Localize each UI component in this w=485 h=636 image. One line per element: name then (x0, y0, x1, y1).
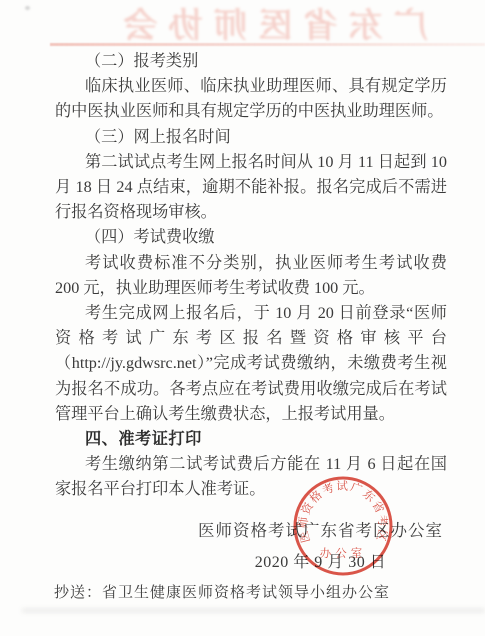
signature-block: 医师资格考试广东省考区办公室 2020 年 9 月 30 日 (55, 518, 447, 575)
section-heading: （四）考试费收缴 (55, 225, 447, 250)
signature-date: 2020 年 9 月 30 日 (198, 550, 443, 575)
document-sections: （二）报考类别临床执业医师、临床执业助理医师、具有规定学历的中医执业医师和具有规… (55, 49, 447, 503)
paragraph: 考生完成网上报名后，于 10 月 20 日前登录“医师资格考试广东考区报名暨资格… (55, 301, 447, 427)
paragraph: 第二试试点考生网上报名时间从 10 月 11 日起到 10 月 18 日 24 … (55, 150, 447, 226)
scan-speck (25, 6, 30, 10)
document-body: （二）报考类别临床执业医师、临床执业助理医师、具有规定学历的中医执业医师和具有规… (55, 49, 447, 575)
document-page: 广东省医师协会 （二）报考类别临床执业医师、临床执业助理医师、具有规定学历的中医… (0, 0, 485, 636)
signature-office: 医师资格考试广东省考区办公室 (198, 518, 443, 543)
section-heading: （三）网上报名时间 (55, 125, 447, 150)
bleed-through-letterhead: 广东省医师协会 (100, 0, 440, 47)
paragraph: 考生缴纳第二试考试费后方能在 11 月 6 日起在国家报名平台打印本人准考证。 (55, 452, 447, 502)
paragraph: 考试收费标准不分类别，执业医师考生考试收费 200 元，执业助理医师考生考试收费… (55, 251, 447, 301)
copy-note: 抄送：省卫生健康医师资格考试领导小组办公室 (54, 581, 390, 602)
bleed-through-letterhead-text: 广东省医师协会 (113, 8, 428, 45)
paragraph: 临床执业医师、临床执业助理医师、具有规定学历的中医执业医师和具有规定学历的中医执… (55, 74, 447, 124)
bleed-through-divider-line (50, 43, 485, 46)
section-heading: 四、准考证打印 (55, 427, 447, 452)
section-heading: （二）报考类别 (55, 49, 447, 74)
scan-smudge-line (22, 608, 485, 613)
signature-inner: 医师资格考试广东省考区办公室 2020 年 9 月 30 日 (198, 518, 443, 575)
